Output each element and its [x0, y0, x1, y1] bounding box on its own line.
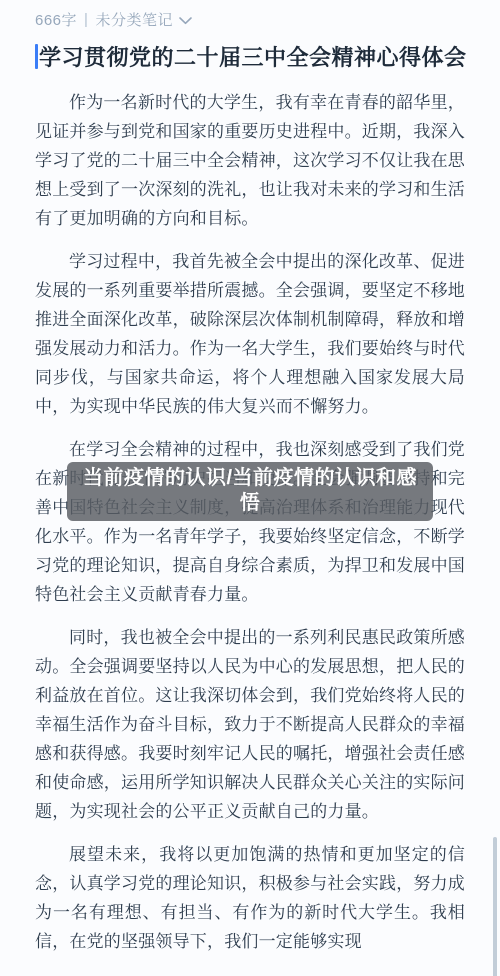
toast-message: 当前疫情的认识/当前疫情的认识和感悟: [67, 462, 433, 521]
category-selector[interactable]: 未分类笔记: [95, 9, 192, 30]
note-title-text: 学习贯彻党的二十届三中全会精神心得体会: [39, 45, 467, 70]
note-editor-screen: 666字 | 未分类笔记 学习贯彻党的二十届三中全会精神心得体会 作为一名新时代…: [0, 0, 500, 976]
scrollbar-thumb[interactable]: [493, 837, 497, 976]
note-paragraph: 同时，我也被全会中提出的一系列利民惠民政策所感动。全会强调要坚持以人民为中心的发…: [35, 623, 465, 826]
text-cursor: [35, 44, 38, 69]
note-title[interactable]: 学习贯彻党的二十届三中全会精神心得体会: [35, 42, 465, 74]
category-label: 未分类笔记: [95, 9, 173, 30]
note-paragraph: 展望未来，我将以更加饱满的热情和更加坚定的信念，认真学习党的理论知识，积极参与社…: [35, 840, 465, 956]
meta-separator: |: [84, 11, 88, 28]
note-meta-bar: 666字 | 未分类笔记: [35, 9, 192, 30]
chevron-down-icon: [179, 17, 192, 25]
note-paragraph: 学习过程中，我首先被全会中提出的深化改革、促进发展的一系列重要举措所震撼。全会强…: [35, 247, 465, 421]
word-count: 666字: [35, 9, 77, 30]
note-paragraph: 作为一名新时代的大学生，我有幸在青春的韶华里，见证并参与到党和国家的重要历史进程…: [35, 88, 465, 233]
